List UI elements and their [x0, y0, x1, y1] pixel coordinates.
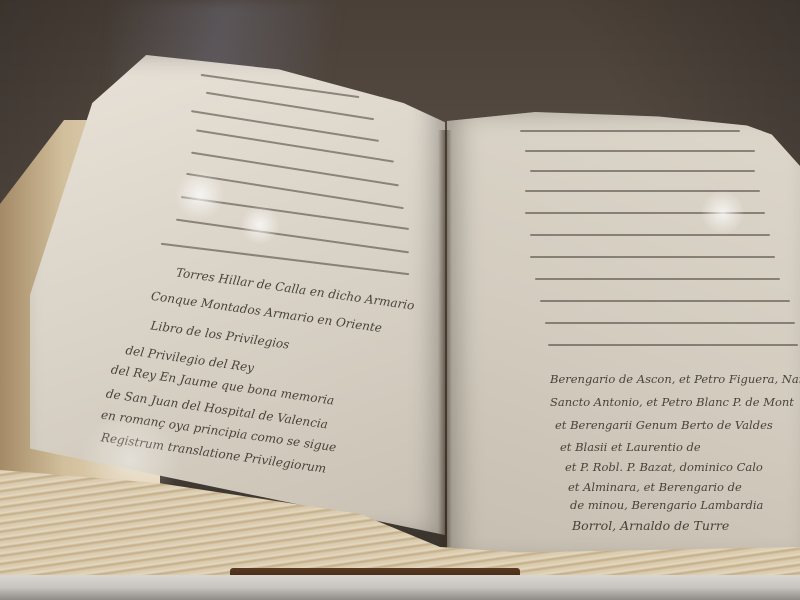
right-line-3: et Berengarii Genum Berto de Valdes: [555, 418, 773, 432]
right-line-4: et Blasii et Laurentio de: [560, 440, 701, 454]
manuscript-right-page: [447, 112, 800, 562]
right-line-1: Berengario de Ascon, et Petro Figuera, N…: [550, 372, 800, 386]
right-line-8: Borrol, Arnaldo de Turre: [572, 518, 729, 533]
glare-spot: [175, 170, 225, 220]
right-line-6: et Alminara, et Berengario de: [568, 480, 742, 494]
right-line-7: de minou, Berengario Lambardia: [570, 498, 763, 512]
glare-spot: [240, 205, 280, 245]
book-gutter: [438, 130, 452, 570]
display-shelf: [0, 575, 800, 600]
right-line-2: Sancto Antonio, et Petro Blanc P. de Mon…: [550, 395, 794, 409]
glare-spot: [700, 190, 745, 235]
right-line-5: et P. Robl. P. Bazat, dominico Calo: [565, 460, 763, 474]
